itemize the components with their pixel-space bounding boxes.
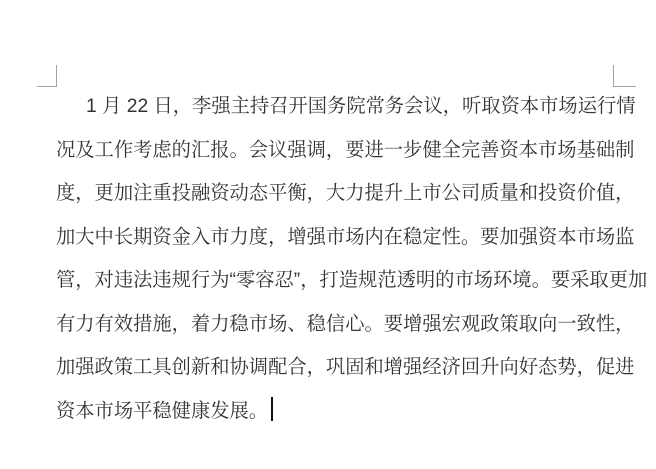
paragraph-line[interactable]: 加大中长期资金入市力度，增强市场内在稳定性。要加强资本市场监 (56, 216, 642, 260)
paragraph-line[interactable]: 1 月 22 日，李强主持召开国务院常务会议，听取资本市场运行情 (56, 85, 642, 129)
paragraph-line[interactable]: 有力有效措施，着力稳市场、稳信心。要增强宏观政策取向一致性， (56, 303, 642, 347)
paragraph-line[interactable]: 加强政策工具创新和协调配合，巩固和增强经济回升向好态势，促进 (56, 346, 642, 390)
paragraph-line[interactable]: 资本市场平稳健康发展。 (56, 390, 642, 434)
paragraph-line[interactable]: 度，更加注重投融资动态平衡，大力提升上市公司质量和投资价值， (56, 172, 642, 216)
margin-crop-mark-top-left (37, 65, 57, 87)
margin-crop-mark-top-right (613, 65, 636, 87)
document-text-area[interactable]: 1 月 22 日，李强主持召开国务院常务会议，听取资本市场运行情 况及工作考虑的… (56, 85, 642, 433)
paragraph-line-text: 资本市场平稳健康发展。 (56, 401, 268, 422)
document-page: 1 月 22 日，李强主持召开国务院常务会议，听取资本市场运行情 况及工作考虑的… (0, 0, 656, 469)
text-cursor (271, 397, 273, 421)
paragraph-line[interactable]: 管，对违法违规行为“零容忍”，打造规范透明的市场环境。要采取更加 (56, 259, 642, 303)
paragraph-line[interactable]: 况及工作考虑的汇报。会议强调，要进一步健全完善资本市场基础制 (56, 129, 642, 173)
